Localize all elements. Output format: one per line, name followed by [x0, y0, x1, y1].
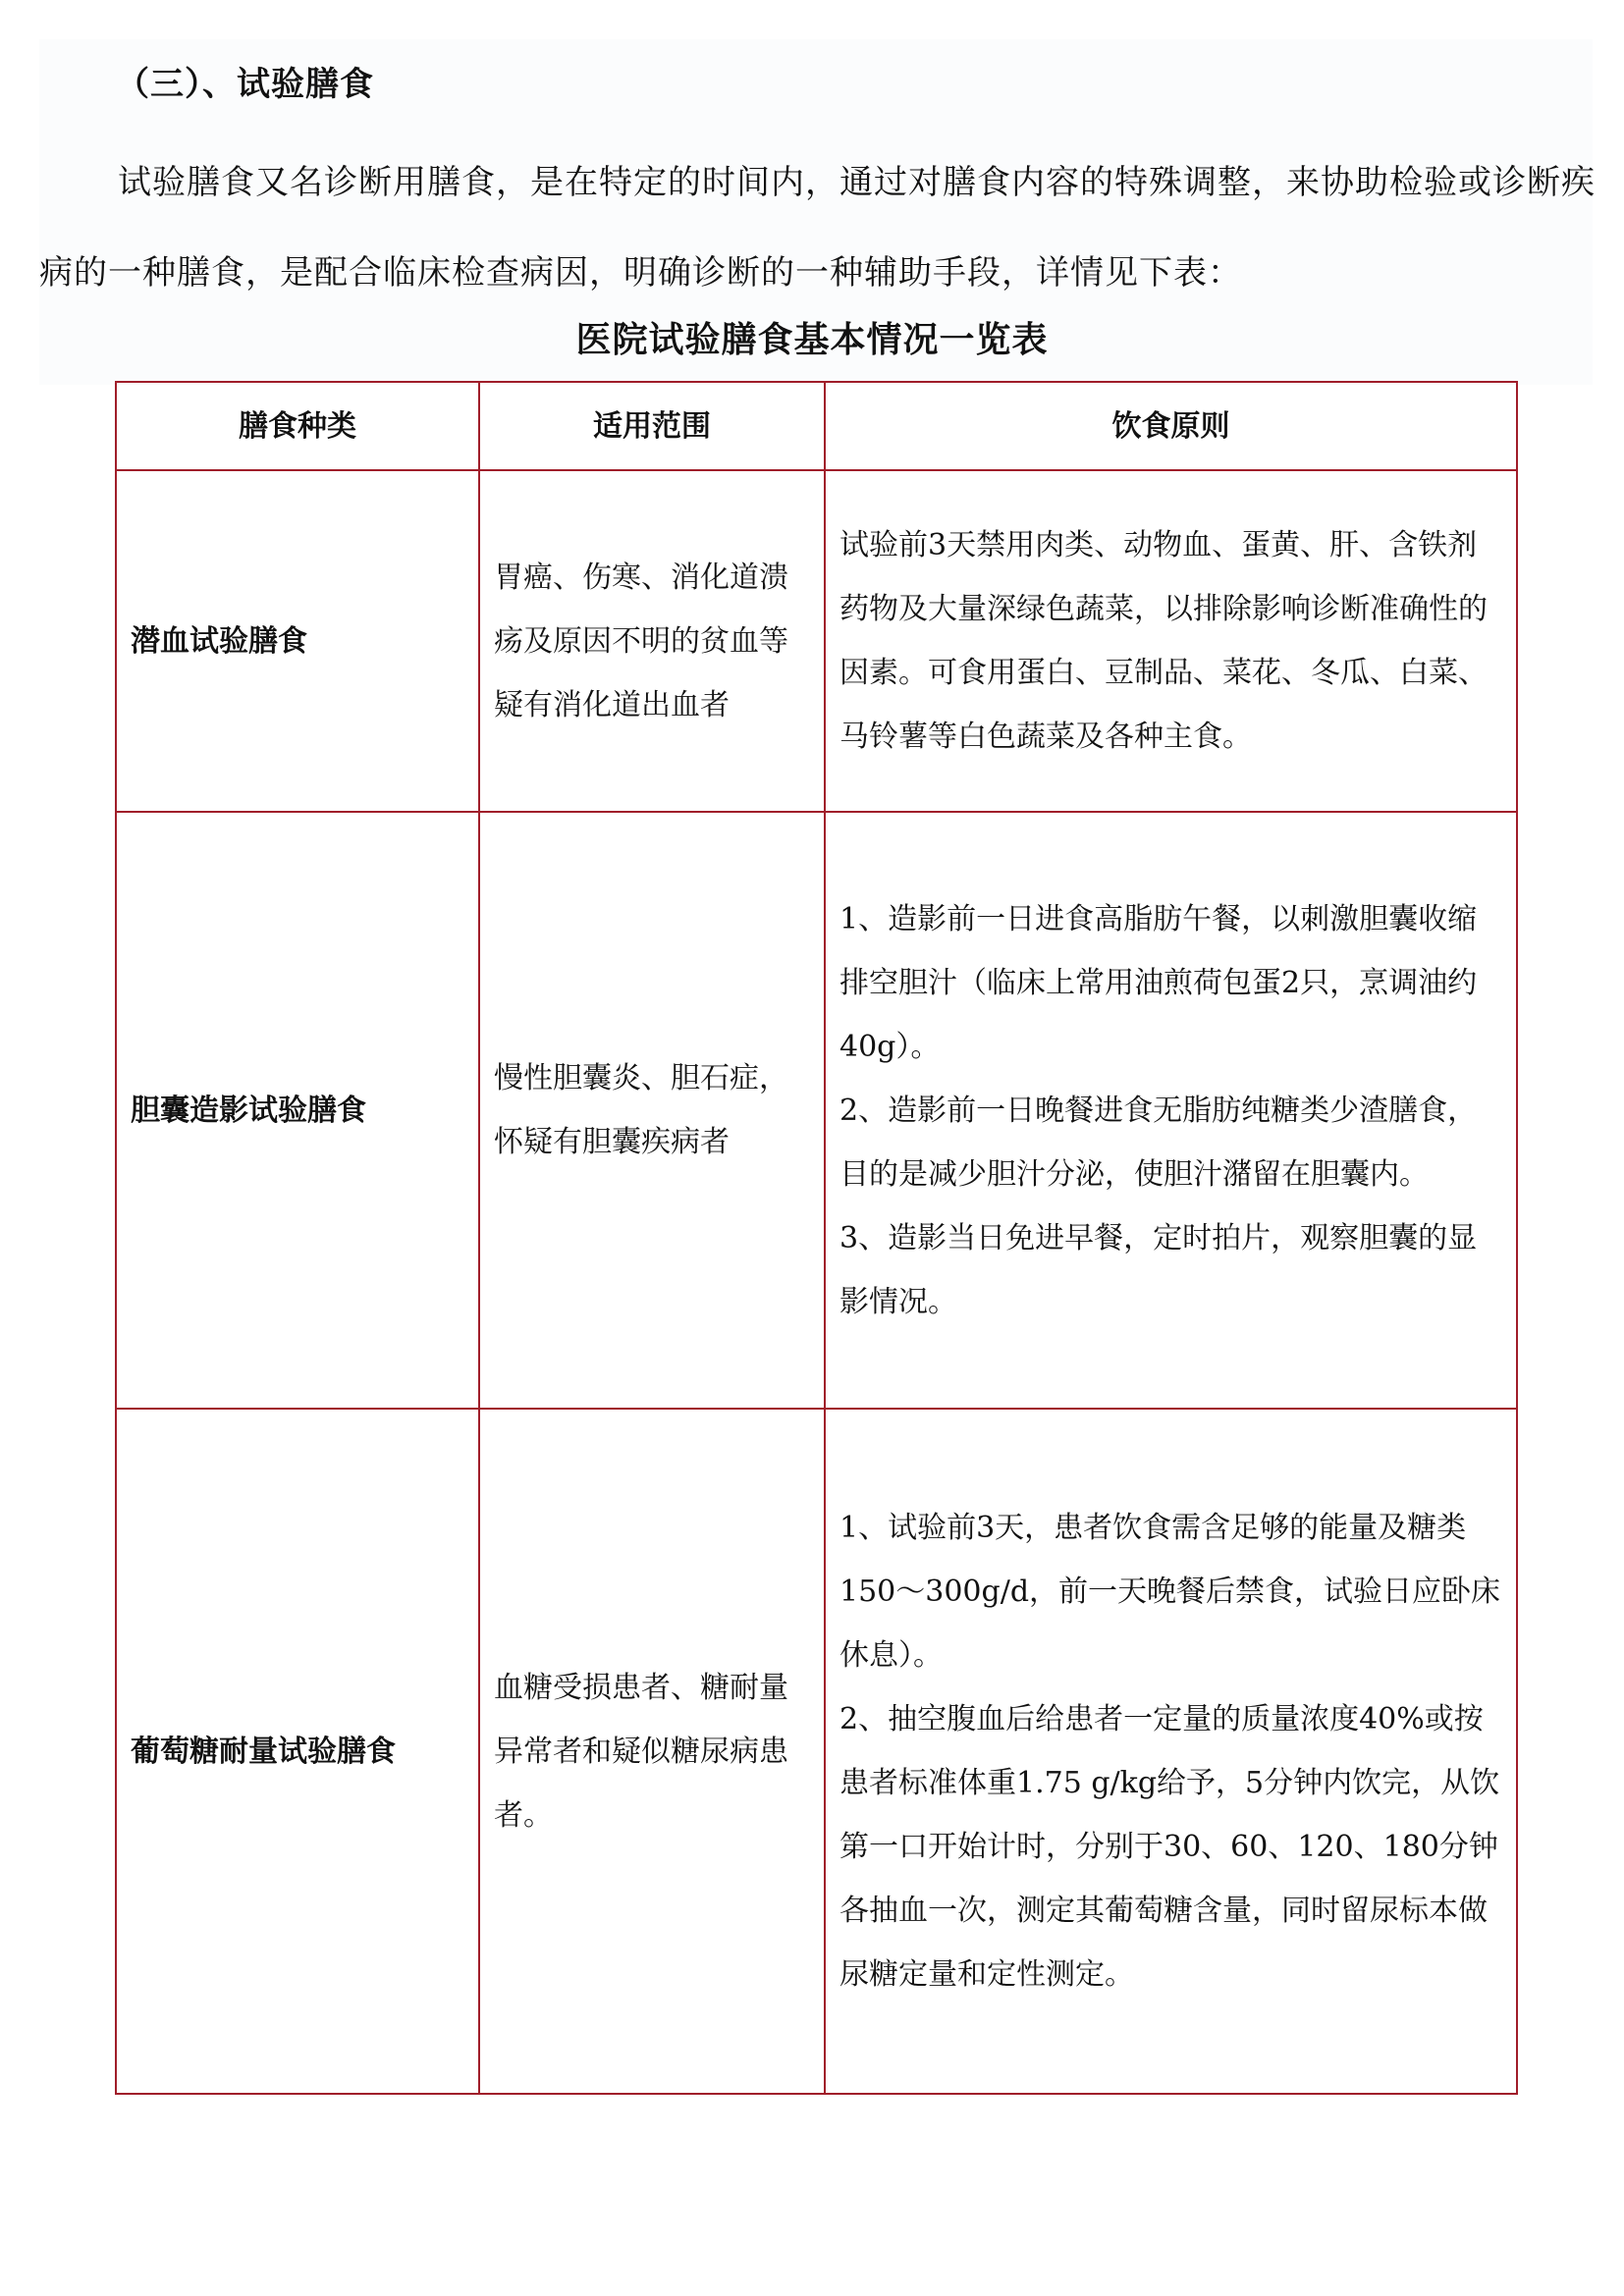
header-principles: 饮食原则 [825, 382, 1517, 470]
principle-text: 试验前3天禁用肉类、动物血、蛋黄、肝、含铁剂药物及大量深绿色蔬菜，以排除影响诊断… [839, 513, 1502, 769]
principle-text: 3、造影当日免进早餐，定时拍片，观察胆囊的显影情况。 [839, 1206, 1502, 1334]
principles-cell: 试验前3天禁用肉类、动物血、蛋黄、肝、含铁剂药物及大量深绿色蔬菜，以排除影响诊断… [825, 470, 1517, 812]
intro-paragraph: 试验膳食又名诊断用膳食，是在特定的时间内，通过对膳食内容的特殊调整，来协助检验或… [39, 137, 1600, 318]
principles-cell: 1、试验前3天，患者饮食需含足够的能量及糖类150～300g/d，前一天晚餐后禁… [825, 1409, 1517, 2094]
table-row: 潜血试验膳食 胃癌、伤寒、消化道溃疡及原因不明的贫血等疑有消化道出血者 试验前3… [116, 470, 1517, 812]
header-scope: 适用范围 [479, 382, 825, 470]
scope-cell: 慢性胆囊炎、胆石症，怀疑有胆囊疾病者 [479, 812, 825, 1409]
diet-type-cell: 葡萄糖耐量试验膳食 [116, 1409, 479, 2094]
diet-type-cell: 胆囊造影试验膳食 [116, 812, 479, 1409]
principle-text: 2、造影前一日晚餐进食无脂肪纯糖类少渣膳食，目的是减少胆汁分泌，使胆汁潴留在胆囊… [839, 1079, 1502, 1206]
principles-cell: 1、造影前一日进食高脂肪午餐，以刺激胆囊收缩排空胆汁（临床上常用油煎荷包蛋2只，… [825, 812, 1517, 1409]
section-heading: （三）、试验膳食 [116, 57, 374, 105]
principle-text: 2、抽空腹血后给患者一定量的质量浓度40%或按患者标准体重1.75 g/kg给予… [839, 1687, 1502, 2006]
table-row: 胆囊造影试验膳食 慢性胆囊炎、胆石症，怀疑有胆囊疾病者 1、造影前一日进食高脂肪… [116, 812, 1517, 1409]
table-title: 医院试验膳食基本情况一览表 [0, 312, 1624, 362]
principle-text: 1、造影前一日进食高脂肪午餐，以刺激胆囊收缩排空胆汁（临床上常用油煎荷包蛋2只，… [839, 887, 1502, 1079]
scope-cell: 血糖受损患者、糖耐量异常者和疑似糖尿病患者。 [479, 1409, 825, 2094]
scope-cell: 胃癌、伤寒、消化道溃疡及原因不明的贫血等疑有消化道出血者 [479, 470, 825, 812]
principle-text: 1、试验前3天，患者饮食需含足够的能量及糖类150～300g/d，前一天晚餐后禁… [839, 1496, 1502, 1687]
diet-table: 膳食种类 适用范围 饮食原则 潜血试验膳食 胃癌、伤寒、消化道溃疡及原因不明的贫… [115, 381, 1518, 2095]
header-diet-type: 膳食种类 [116, 382, 479, 470]
table-header-row: 膳食种类 适用范围 饮食原则 [116, 382, 1517, 470]
diet-type-cell: 潜血试验膳食 [116, 470, 479, 812]
table-row: 葡萄糖耐量试验膳食 血糖受损患者、糖耐量异常者和疑似糖尿病患者。 1、试验前3天… [116, 1409, 1517, 2094]
